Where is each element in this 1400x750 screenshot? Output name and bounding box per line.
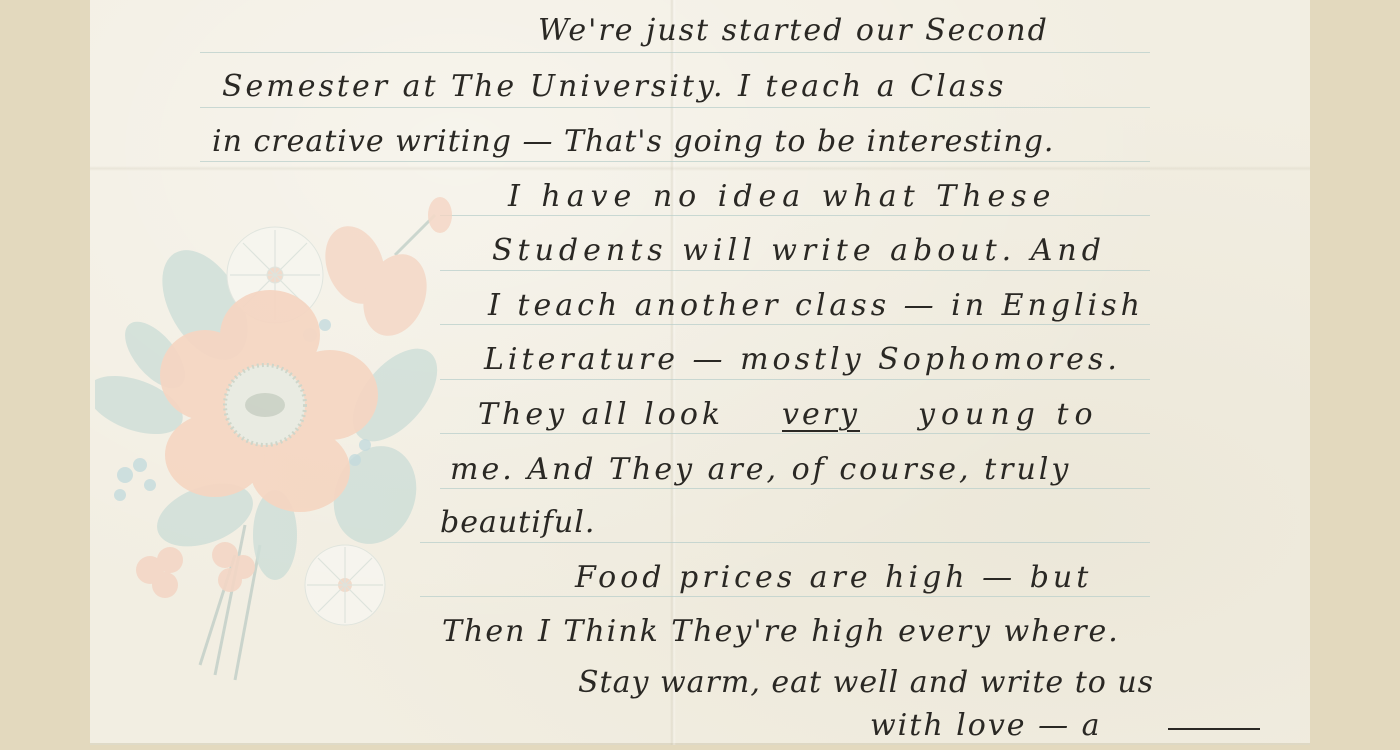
ruled-line — [420, 542, 1150, 543]
ruled-line — [440, 433, 1150, 434]
letter-emphasis-very: very — [782, 400, 860, 430]
letter-line: Then I Think They're high every where. — [442, 617, 1120, 647]
ruled-line — [440, 270, 1150, 271]
paper-fold-horizontal — [90, 166, 1310, 171]
ruled-line — [200, 161, 1150, 162]
letter-line: We're just started our Second — [538, 16, 1049, 46]
letter-line: I teach another class — in English — [488, 291, 1144, 321]
letter-signature: with love — a — [870, 711, 1102, 741]
ruled-line — [440, 324, 1150, 325]
signature-flourish — [1168, 728, 1260, 730]
letter-line: I have no idea what These — [508, 182, 1056, 212]
letter-line: beautiful. — [440, 508, 595, 538]
floral-bouquet-icon — [95, 195, 465, 685]
letter-line: Literature — mostly Sophomores. — [484, 345, 1121, 375]
ruled-line — [200, 107, 1150, 108]
ruled-line — [440, 488, 1150, 489]
ruled-line — [440, 379, 1150, 380]
letter-line: Food prices are high — but — [575, 563, 1092, 593]
letter-line: Students will write about. And — [492, 236, 1106, 266]
ruled-line — [420, 596, 1150, 597]
letter-line: young to — [918, 400, 1099, 430]
letter-line: They all look — [478, 400, 724, 430]
letter-line: Stay warm, eat well and write to us — [578, 668, 1154, 698]
letter-line: in creative writing — That's going to be… — [212, 127, 1054, 157]
letter-line: Semester at The University. I teach a Cl… — [222, 72, 1006, 102]
ruled-line — [440, 215, 1150, 216]
letter-line: me. And They are, of course, truly — [450, 455, 1071, 485]
ruled-line — [200, 52, 1150, 53]
